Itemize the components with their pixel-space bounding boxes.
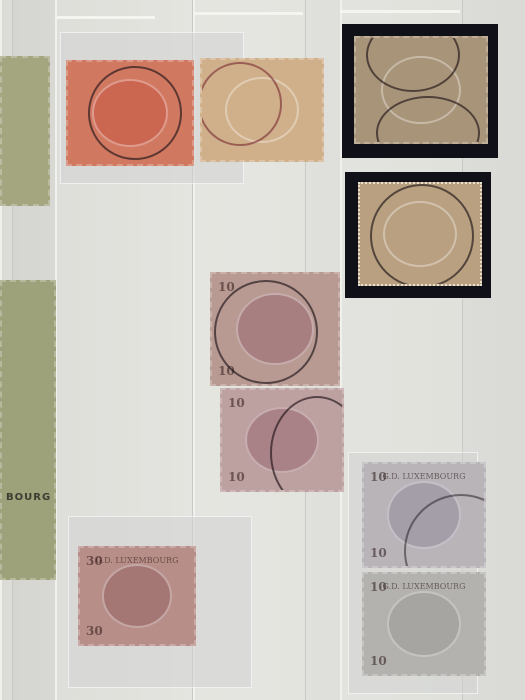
postmark: [214, 280, 318, 384]
stamp: [200, 58, 324, 162]
denomination-label: 10: [228, 470, 245, 484]
strip-edge: [55, 16, 155, 19]
strip-edge: [193, 12, 303, 15]
stamp: [0, 56, 50, 206]
stamp: G.D. LUXEMBOURG 30 30: [78, 546, 196, 646]
denomination-label: 10: [370, 470, 387, 484]
stamp: [66, 60, 194, 166]
stamp: G.D. LUXEMBOURG 10 10: [362, 462, 486, 568]
stamp-legend: G.D. LUXEMBOURG: [383, 472, 466, 481]
denomination-label: 30: [86, 624, 103, 638]
strip-edge: [340, 10, 460, 13]
cancel-text: BOURG: [6, 492, 51, 503]
stamp: [354, 36, 488, 144]
stamp: 10 10: [220, 388, 344, 492]
stamp-legend: G.D. LUXEMBOURG: [96, 556, 179, 565]
denomination-label: 30: [86, 554, 103, 568]
denomination-label: 10: [228, 396, 245, 410]
postmark: [370, 184, 474, 286]
postmark: [200, 62, 282, 146]
denomination-label: 10: [370, 654, 387, 668]
stamp: 10 10: [210, 272, 340, 386]
stamp: [358, 182, 482, 286]
stamp: BOURG: [0, 280, 56, 580]
stamp-legend: G.D. LUXEMBOURG: [383, 582, 466, 591]
stockbook-page: BOURG 10 10 10 10 G.D. LUXEMBOURG 10: [0, 0, 525, 700]
stamp: G.D. LUXEMBOURG 10 10: [362, 572, 486, 676]
postmark: [88, 66, 182, 160]
denomination-label: 10: [370, 546, 387, 560]
denomination-label: 10: [370, 580, 387, 594]
